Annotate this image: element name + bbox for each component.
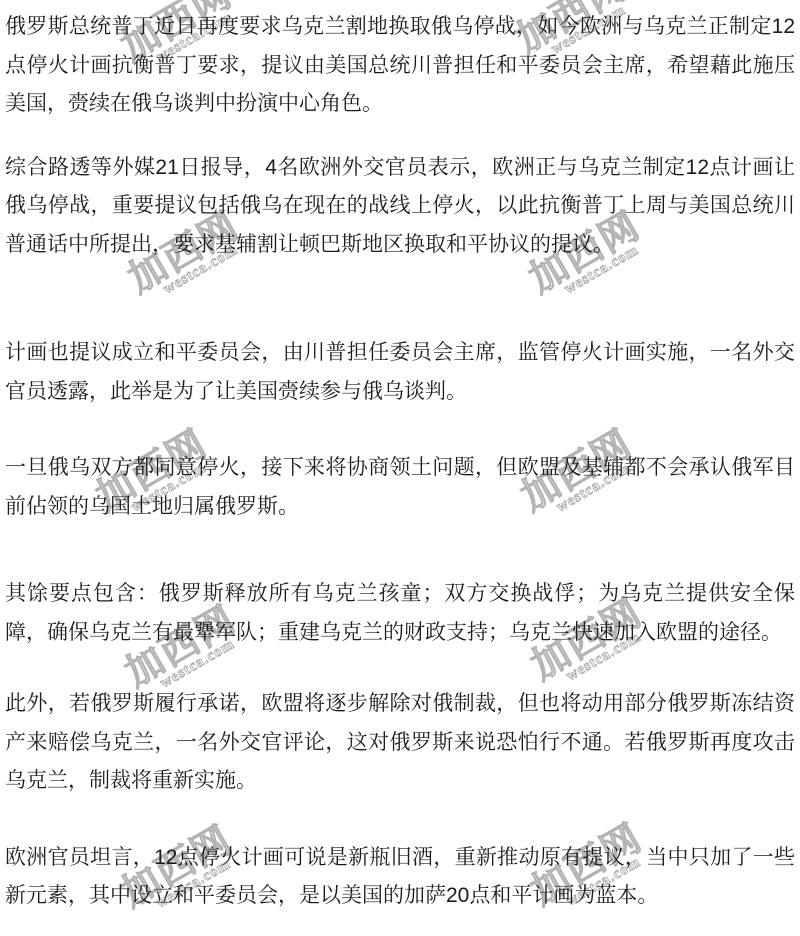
article-paragraph: 一旦俄乌双方都同意停火，接下来将协商领土问题，但欧盟及基辅都不会承认俄军目前佔领… <box>5 449 795 526</box>
article-body: 俄罗斯总统普丁近日再度要求乌克兰割地换取俄乌停战，如今欧洲与乌克兰正制定12点停… <box>0 0 800 916</box>
article-paragraph: 其馀要点包含：俄罗斯释放所有乌克兰孩童；双方交换战俘；为乌克兰提供安全保障，确保… <box>5 575 795 652</box>
article-paragraph: 俄罗斯总统普丁近日再度要求乌克兰割地换取俄乌停战，如今欧洲与乌克兰正制定12点停… <box>5 8 795 124</box>
article-paragraph: 此外，若俄罗斯履行承诺，欧盟将逐步解除对俄制裁，但也将动用部分俄罗斯冻结资产来赔… <box>5 685 795 801</box>
article-paragraph: 欧洲官员坦言，12点停火计画可说是新瓶旧酒，重新推动原有提议，当中只加了一些新元… <box>5 839 795 916</box>
article-paragraph: 综合路透等外媒21日报导，4名欧洲外交官员表示，欧洲正与乌克兰制定12点计画让俄… <box>5 149 795 265</box>
article-paragraph: 计画也提议成立和平委员会，由川普担任委员会主席，监管停火计画实施，一名外交官员透… <box>5 334 795 411</box>
